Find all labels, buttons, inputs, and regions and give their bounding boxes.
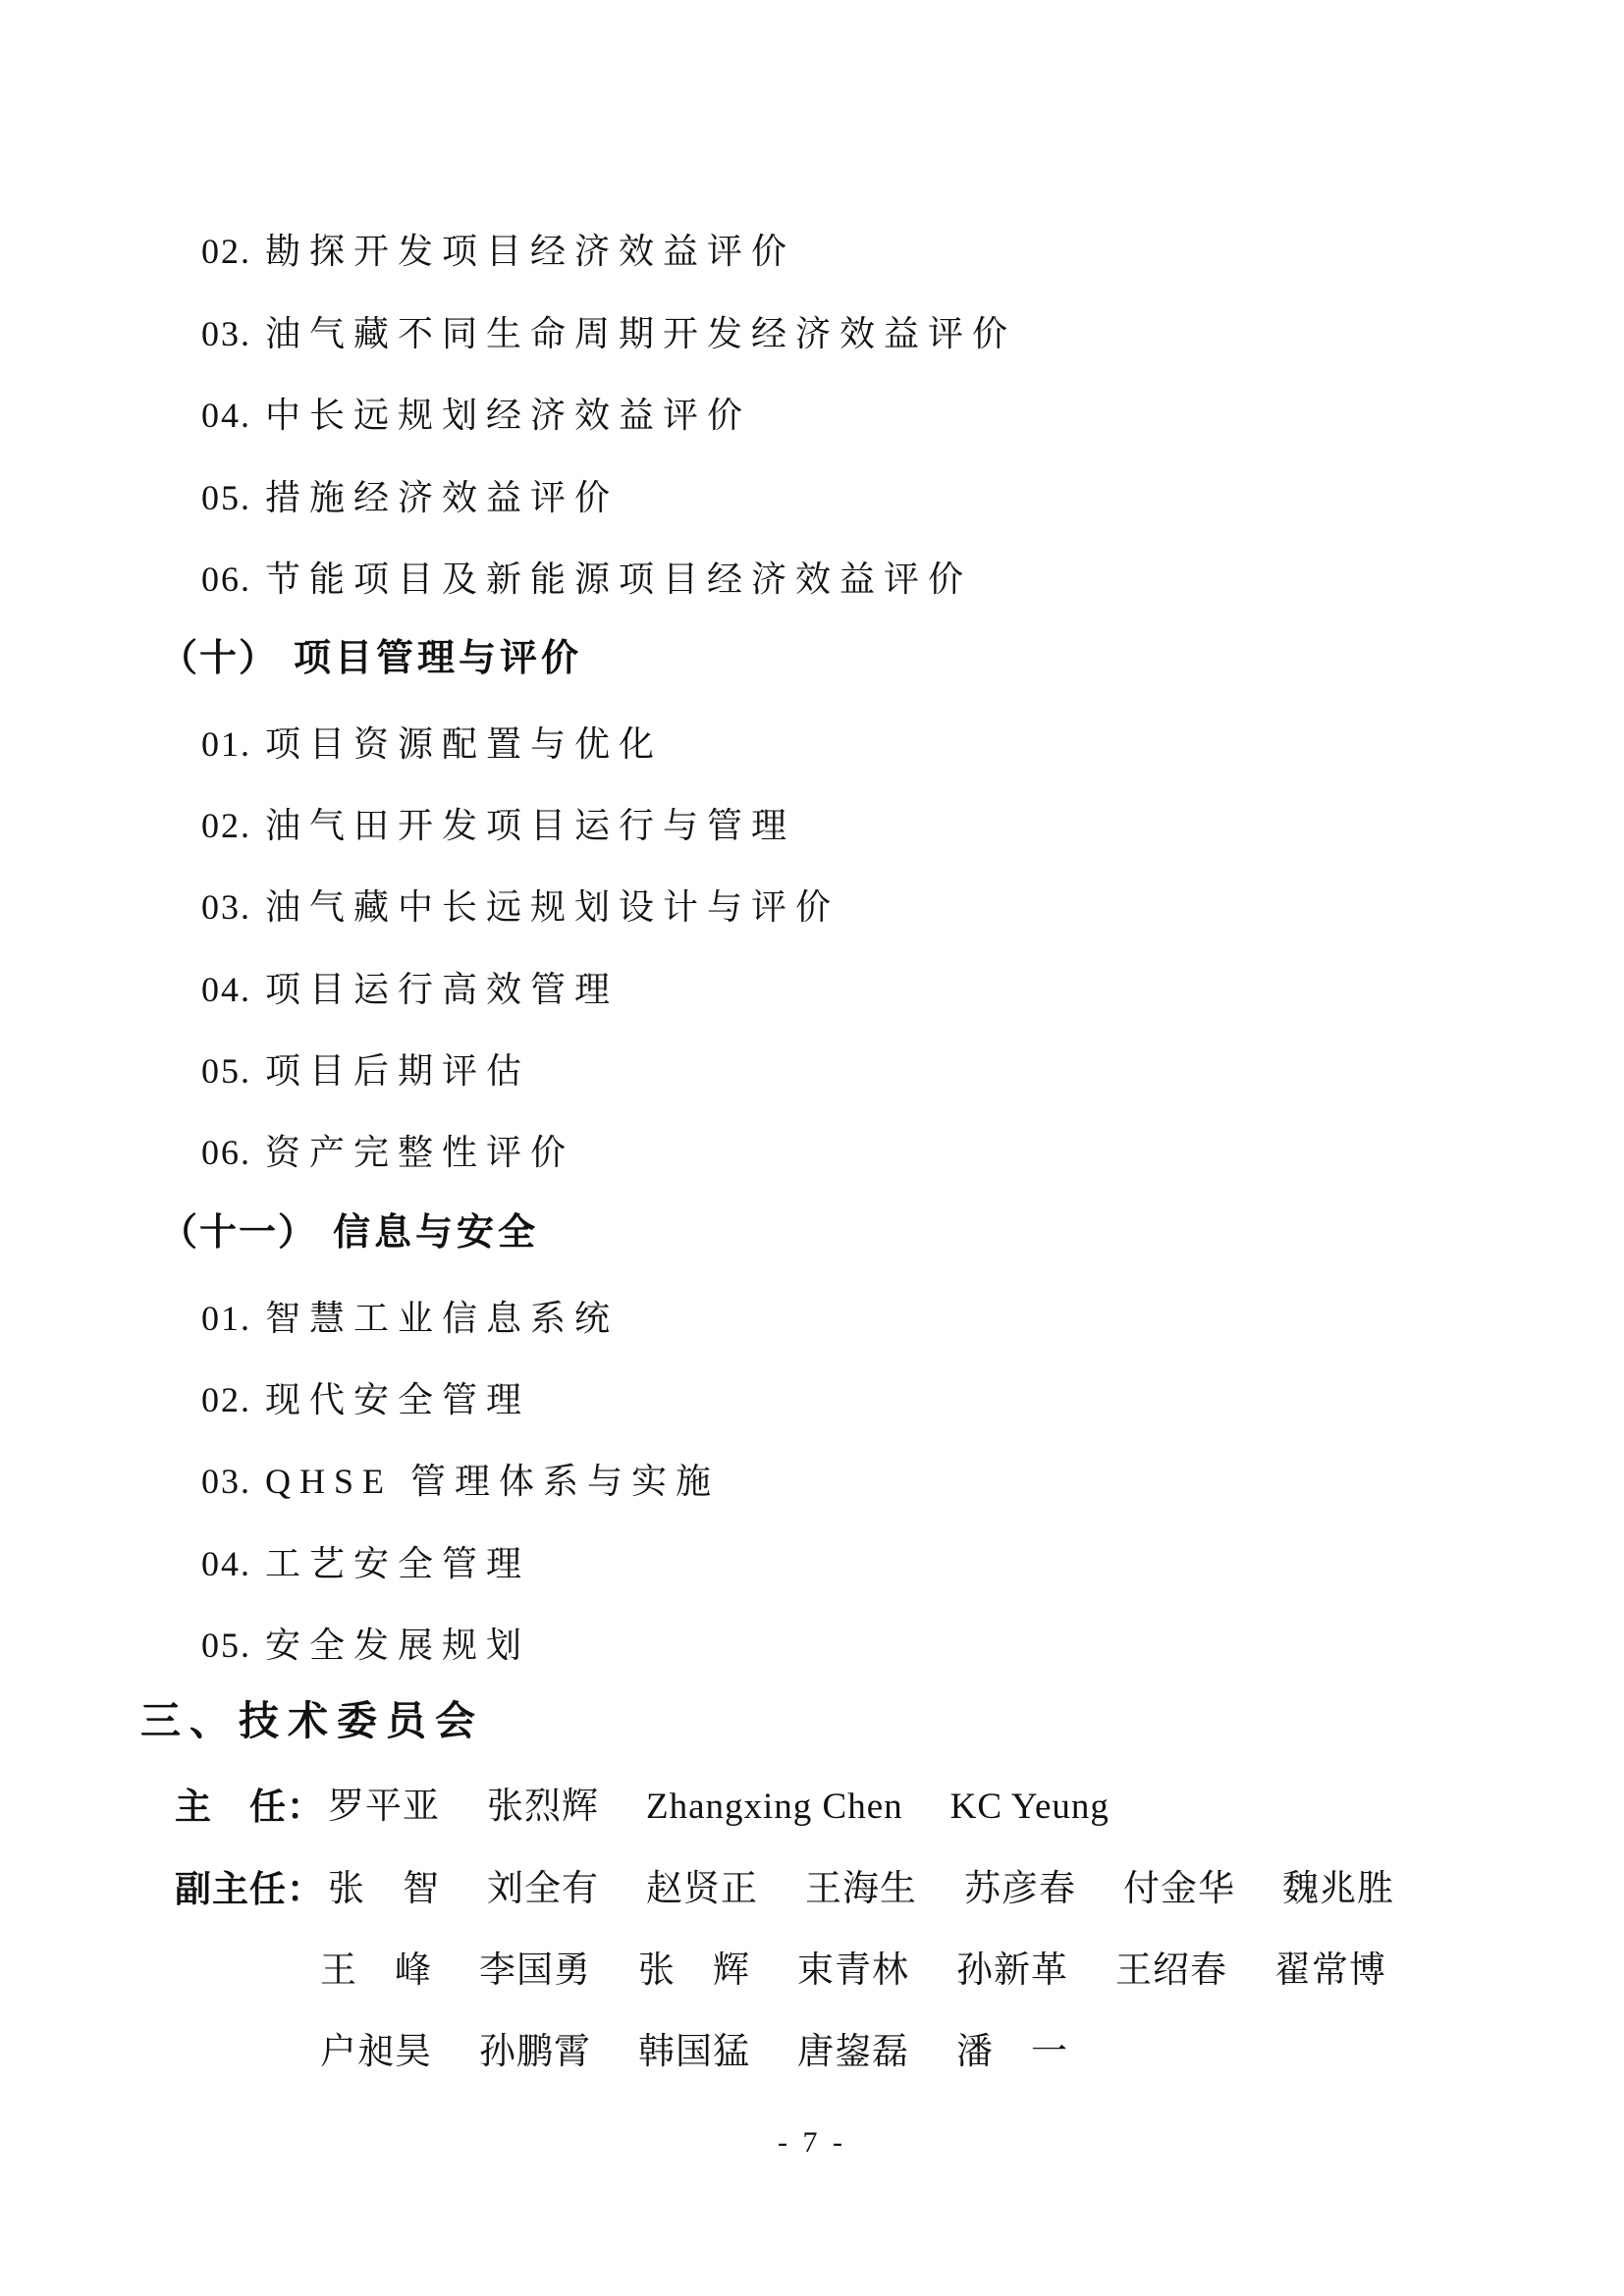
item-text: 措施经济效益评价 bbox=[265, 478, 619, 517]
item-number: 02. bbox=[201, 806, 251, 845]
section-title: 项目管理与评价 bbox=[294, 638, 582, 679]
list-item: 04.中长远规划经济效益评价 bbox=[201, 398, 751, 433]
vice-chair-names: 王 峰 李国勇 张 辉 束青林 孙新革 王绍春 翟常博 bbox=[320, 1952, 1386, 1989]
item-text: 油气田开发项目运行与管理 bbox=[265, 806, 795, 845]
section-title: 信息与安全 bbox=[333, 1212, 539, 1254]
list-item: 04.工艺安全管理 bbox=[201, 1546, 530, 1581]
list-item: 01.项目资源配置与优化 bbox=[201, 726, 663, 762]
vice-chair-name: 苏彦春 bbox=[964, 1871, 1076, 1907]
page-number: - 7 - bbox=[0, 2128, 1624, 2158]
vice-chair-names: 张 智 刘全有 赵贤正 王海生 苏彦春 付金华 魏兆胜 bbox=[328, 1871, 1394, 1907]
vice-chair-name: 魏兆胜 bbox=[1282, 1871, 1394, 1907]
list-item: 02.油气田开发项目运行与管理 bbox=[201, 808, 795, 843]
list-item: 06.资产完整性评价 bbox=[201, 1135, 574, 1170]
list-item: 05.措施经济效益评价 bbox=[201, 480, 619, 515]
item-text: 油气藏中长远规划设计与评价 bbox=[265, 887, 839, 927]
section-prefix: （十一） bbox=[160, 1212, 317, 1254]
vice-chair-name: 孙新革 bbox=[956, 1952, 1068, 1989]
list-item: 02.勘探开发项目经济效益评价 bbox=[201, 234, 795, 269]
vice-chair-name: 潘 一 bbox=[956, 2034, 1068, 2070]
item-number: 02. bbox=[201, 232, 251, 271]
vice-chair-name: 张 智 bbox=[328, 1871, 440, 1907]
vice-chair-name: 翟常博 bbox=[1274, 1952, 1386, 1989]
item-text: 现代安全管理 bbox=[265, 1380, 530, 1419]
vice-chair-name: 孙鹏霄 bbox=[479, 2034, 591, 2070]
item-number: 04. bbox=[201, 970, 251, 1009]
item-number: 03. bbox=[201, 887, 251, 927]
item-text: 资产完整性评价 bbox=[265, 1133, 574, 1172]
item-number: 04. bbox=[201, 1544, 251, 1583]
list-item: 05.安全发展规划 bbox=[201, 1628, 530, 1663]
vice-chair-label: 副主任： bbox=[175, 1871, 324, 1907]
vice-chair-row: 副主任： 张 智 刘全有 赵贤正 王海生 苏彦春 付金华 魏兆胜 bbox=[175, 1871, 1394, 1907]
item-number: 03. bbox=[201, 314, 251, 353]
item-number: 03. bbox=[201, 1462, 251, 1501]
vice-chair-name: 韩国猛 bbox=[638, 2034, 750, 2070]
item-number: 05. bbox=[201, 1626, 251, 1665]
list-item: 03.油气藏中长远规划设计与评价 bbox=[201, 889, 839, 925]
list-item: 03.QHSE 管理体系与实施 bbox=[201, 1464, 720, 1499]
item-text: 智慧工业信息系统 bbox=[265, 1299, 619, 1338]
vice-chair-name: 李国勇 bbox=[479, 1952, 591, 1989]
chair-names: 罗平亚 张烈辉 Zhangxing Chen KC Yeung bbox=[328, 1789, 1110, 1825]
item-text: 安全发展规划 bbox=[265, 1626, 530, 1665]
document-page: 02.勘探开发项目经济效益评价 03.油气藏不同生命周期开发经济效益评价 04.… bbox=[0, 0, 1624, 2296]
chair-label: 主 任： bbox=[175, 1789, 324, 1825]
vice-chair-name: 张 辉 bbox=[638, 1952, 750, 1989]
item-text: 勘探开发项目经济效益评价 bbox=[265, 232, 795, 271]
list-item: 05.项目后期评估 bbox=[201, 1053, 530, 1089]
list-item: 02.现代安全管理 bbox=[201, 1382, 530, 1417]
vice-chair-name: 束青林 bbox=[797, 1952, 909, 1989]
item-number: 02. bbox=[201, 1380, 251, 1419]
item-number: 04. bbox=[201, 396, 251, 435]
list-item: 01.智慧工业信息系统 bbox=[201, 1301, 619, 1336]
section-10-heading: （十）项目管理与评价 bbox=[160, 640, 582, 677]
chair-name: KC Yeung bbox=[950, 1789, 1110, 1825]
vice-chair-name: 王绍春 bbox=[1115, 1952, 1227, 1989]
item-text: 工艺安全管理 bbox=[265, 1544, 530, 1583]
item-text: 节能项目及新能源项目经济效益评价 bbox=[265, 560, 972, 599]
chair-name: 张烈辉 bbox=[487, 1789, 599, 1825]
list-item: 06.节能项目及新能源项目经济效益评价 bbox=[201, 561, 972, 597]
item-number: 05. bbox=[201, 478, 251, 517]
item-text: 项目运行高效管理 bbox=[265, 970, 619, 1009]
list-item: 03.油气藏不同生命周期开发经济效益评价 bbox=[201, 316, 1016, 351]
item-text: 项目资源配置与优化 bbox=[265, 724, 663, 764]
item-number: 01. bbox=[201, 1299, 251, 1338]
vice-chair-name: 赵贤正 bbox=[646, 1871, 758, 1907]
vice-chair-name: 付金华 bbox=[1123, 1871, 1235, 1907]
chair-name: Zhangxing Chen bbox=[646, 1789, 903, 1825]
chair-name: 罗平亚 bbox=[328, 1789, 440, 1825]
vice-chair-name: 王海生 bbox=[805, 1871, 917, 1907]
section-11-heading: （十一）信息与安全 bbox=[160, 1214, 539, 1252]
list-item: 04.项目运行高效管理 bbox=[201, 972, 619, 1007]
vice-chair-name: 刘全有 bbox=[487, 1871, 599, 1907]
item-number: 05. bbox=[201, 1051, 251, 1091]
item-text: 项目后期评估 bbox=[265, 1051, 530, 1091]
vice-chair-row: 王 峰 李国勇 张 辉 束青林 孙新革 王绍春 翟常博 bbox=[320, 1952, 1386, 1989]
vice-chair-name: 户昶昊 bbox=[320, 2034, 432, 2070]
item-text: QHSE 管理体系与实施 bbox=[265, 1462, 720, 1501]
vice-chair-name: 唐鋆磊 bbox=[797, 2034, 909, 2070]
item-number: 01. bbox=[201, 724, 251, 764]
vice-chair-names: 户昶昊 孙鹏霄 韩国猛 唐鋆磊 潘 一 bbox=[320, 2034, 1068, 2070]
item-number: 06. bbox=[201, 1133, 251, 1172]
vice-chair-name: 王 峰 bbox=[320, 1952, 432, 1989]
item-number: 06. bbox=[201, 560, 251, 599]
item-text: 油气藏不同生命周期开发经济效益评价 bbox=[265, 314, 1016, 353]
section-prefix: （十） bbox=[160, 638, 278, 679]
chair-row: 主 任： 罗平亚 张烈辉 Zhangxing Chen KC Yeung bbox=[175, 1789, 1110, 1825]
item-text: 中长远规划经济效益评价 bbox=[265, 396, 751, 435]
committee-heading: 三、技术委员会 bbox=[140, 1701, 484, 1741]
vice-chair-row: 户昶昊 孙鹏霄 韩国猛 唐鋆磊 潘 一 bbox=[320, 2034, 1068, 2070]
